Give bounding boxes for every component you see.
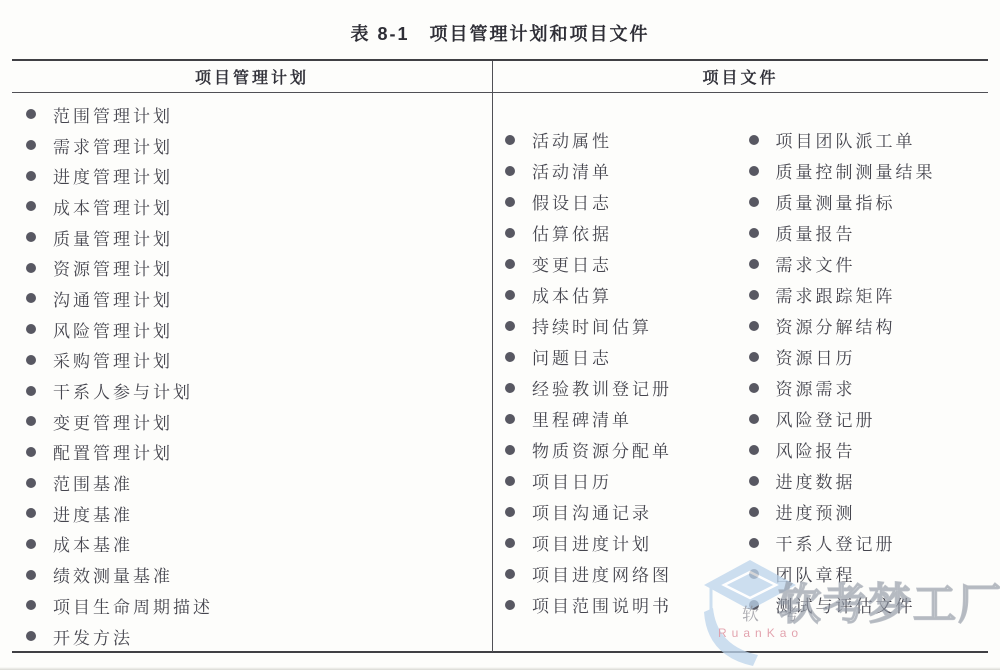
bullet-icon — [26, 201, 36, 211]
bullet-icon — [26, 109, 36, 119]
header-project-documents: 项目文件 — [493, 61, 988, 92]
list-item: 资源需求 — [741, 372, 989, 403]
item-label: 需求管理计划 — [53, 133, 173, 158]
item-label: 需求跟踪矩阵 — [776, 282, 896, 307]
bullet-icon — [505, 166, 515, 176]
bullet-icon — [505, 569, 515, 579]
list-item: 范围管理计划 — [12, 99, 492, 130]
bullet-icon — [749, 476, 759, 486]
item-label: 估算依据 — [532, 220, 612, 245]
list-item: 进度数据 — [741, 465, 989, 496]
item-label: 项目生命周期描述 — [53, 593, 213, 618]
header-project-management-plan: 项目管理计划 — [12, 61, 493, 92]
bullet-icon — [749, 414, 759, 424]
item-label: 开发方法 — [53, 624, 133, 649]
item-label: 项目日历 — [532, 468, 612, 493]
bullet-icon — [26, 570, 36, 580]
list-item: 活动属性 — [493, 124, 741, 155]
document-items-column-2: 项目团队派工单质量控制测量结果质量测量指标质量报告需求文件需求跟踪矩阵资源分解结… — [741, 124, 989, 652]
list-item: 质量报告 — [741, 217, 989, 248]
list-item: 持续时间估算 — [493, 310, 741, 341]
bullet-icon — [26, 600, 36, 610]
bullet-icon — [505, 383, 515, 393]
bullet-icon — [505, 507, 515, 517]
bullet-icon — [26, 386, 36, 396]
bullet-icon — [505, 445, 515, 455]
item-label: 项目沟通记录 — [532, 499, 652, 524]
bullet-icon — [505, 259, 515, 269]
item-label: 项目范围说明书 — [532, 592, 672, 617]
list-item: 测试与评估文件 — [741, 589, 989, 620]
item-label: 资源日历 — [776, 344, 856, 369]
plan-items-column: 范围管理计划需求管理计划进度管理计划成本管理计划质量管理计划资源管理计划沟通管理… — [12, 93, 493, 652]
item-label: 测试与评估文件 — [776, 592, 916, 617]
bullet-icon — [505, 352, 515, 362]
item-label: 活动清单 — [532, 158, 612, 183]
item-label: 质量控制测量结果 — [776, 158, 936, 183]
item-label: 需求文件 — [776, 251, 856, 276]
bullet-icon — [26, 539, 36, 549]
bullet-icon — [749, 228, 759, 238]
list-item: 需求文件 — [741, 248, 989, 279]
bullet-icon — [749, 290, 759, 300]
item-label: 质量测量指标 — [776, 189, 896, 214]
list-item: 进度管理计划 — [12, 160, 492, 191]
table-body-row: 范围管理计划需求管理计划进度管理计划成本管理计划质量管理计划资源管理计划沟通管理… — [12, 93, 988, 652]
list-item: 质量控制测量结果 — [741, 155, 989, 186]
list-item: 绩效测量基准 — [12, 559, 492, 590]
item-label: 范围基准 — [53, 470, 133, 495]
list-item: 项目沟通记录 — [493, 496, 741, 527]
item-label: 进度预测 — [776, 499, 856, 524]
list-item: 进度预测 — [741, 496, 989, 527]
list-item: 项目范围说明书 — [493, 589, 741, 620]
list-item: 项目日历 — [493, 465, 741, 496]
list-item: 配置管理计划 — [12, 437, 492, 468]
item-label: 绩效测量基准 — [53, 562, 173, 587]
item-label: 里程碑清单 — [532, 406, 632, 431]
item-label: 成本基准 — [53, 531, 133, 556]
item-label: 成本管理计划 — [53, 194, 173, 219]
list-item: 变更日志 — [493, 248, 741, 279]
item-label: 成本估算 — [532, 282, 612, 307]
item-label: 变更日志 — [532, 251, 612, 276]
list-item: 需求跟踪矩阵 — [741, 279, 989, 310]
plans-and-documents-table: 项目管理计划 项目文件 范围管理计划需求管理计划进度管理计划成本管理计划质量管理… — [12, 59, 988, 653]
bullet-icon — [505, 600, 515, 610]
item-label: 风险管理计划 — [53, 317, 173, 342]
list-item: 质量管理计划 — [12, 222, 492, 253]
bullet-icon — [26, 355, 36, 365]
list-item: 估算依据 — [493, 217, 741, 248]
bullet-icon — [505, 538, 515, 548]
bullet-icon — [26, 416, 36, 426]
list-item: 开发方法 — [12, 621, 492, 652]
item-label: 质量报告 — [776, 220, 856, 245]
list-item: 沟通管理计划 — [12, 283, 492, 314]
bullet-icon — [749, 507, 759, 517]
bullet-icon — [749, 259, 759, 269]
item-label: 项目进度网络图 — [532, 561, 672, 586]
list-item: 干系人参与计划 — [12, 375, 492, 406]
item-label: 采购管理计划 — [53, 347, 173, 372]
item-label: 质量管理计划 — [53, 225, 173, 250]
bullet-icon — [749, 321, 759, 331]
item-label: 经验教训登记册 — [532, 375, 672, 400]
scanned-document-page: 表 8-1 项目管理计划和项目文件 项目管理计划 项目文件 范围管理计划需求管理… — [0, 0, 1000, 670]
list-item: 质量测量指标 — [741, 186, 989, 217]
bullet-icon — [749, 569, 759, 579]
list-item: 项目进度网络图 — [493, 558, 741, 589]
list-item: 资源日历 — [741, 341, 989, 372]
bullet-icon — [26, 478, 36, 488]
item-label: 团队章程 — [776, 561, 856, 586]
item-label: 活动属性 — [532, 127, 612, 152]
item-label: 资源需求 — [776, 375, 856, 400]
item-label: 项目团队派工单 — [776, 127, 916, 152]
item-label: 沟通管理计划 — [53, 286, 173, 311]
item-label: 物质资源分配单 — [532, 437, 672, 462]
bullet-icon — [26, 631, 36, 641]
bullet-icon — [749, 352, 759, 362]
list-item: 风险登记册 — [741, 403, 989, 434]
bullet-icon — [26, 232, 36, 242]
bullet-icon — [26, 324, 36, 334]
list-item: 成本管理计划 — [12, 191, 492, 222]
item-label: 进度数据 — [776, 468, 856, 493]
list-item: 采购管理计划 — [12, 345, 492, 376]
bullet-icon — [505, 135, 515, 145]
bullet-icon — [749, 445, 759, 455]
list-item: 里程碑清单 — [493, 403, 741, 434]
item-label: 持续时间估算 — [532, 313, 652, 338]
list-item: 范围基准 — [12, 467, 492, 498]
table-header-row: 项目管理计划 项目文件 — [12, 61, 988, 93]
bullet-icon — [505, 414, 515, 424]
bullet-icon — [749, 135, 759, 145]
bullet-icon — [749, 166, 759, 176]
bullet-icon — [26, 263, 36, 273]
bullet-icon — [505, 321, 515, 331]
list-item: 成本基准 — [12, 529, 492, 560]
list-item: 问题日志 — [493, 341, 741, 372]
list-item: 资源管理计划 — [12, 252, 492, 283]
table-caption: 表 8-1 项目管理计划和项目文件 — [0, 20, 1000, 46]
list-item: 物质资源分配单 — [493, 434, 741, 465]
document-items-columns: 活动属性活动清单假设日志估算依据变更日志成本估算持续时间估算问题日志经验教训登记… — [493, 93, 988, 652]
list-item: 项目团队派工单 — [741, 124, 989, 155]
list-item: 项目生命周期描述 — [12, 590, 492, 621]
bullet-icon — [26, 508, 36, 518]
item-label: 进度基准 — [53, 501, 133, 526]
bullet-icon — [505, 290, 515, 300]
item-label: 风险登记册 — [776, 406, 876, 431]
list-item: 成本估算 — [493, 279, 741, 310]
bullet-icon — [749, 538, 759, 548]
list-item: 团队章程 — [741, 558, 989, 589]
list-item: 变更管理计划 — [12, 406, 492, 437]
list-item: 进度基准 — [12, 498, 492, 529]
bullet-icon — [26, 171, 36, 181]
document-items-column-1: 活动属性活动清单假设日志估算依据变更日志成本估算持续时间估算问题日志经验教训登记… — [493, 124, 741, 652]
list-item: 项目进度计划 — [493, 527, 741, 558]
bullet-icon — [749, 197, 759, 207]
bullet-icon — [26, 140, 36, 150]
list-item: 需求管理计划 — [12, 130, 492, 161]
list-item: 干系人登记册 — [741, 527, 989, 558]
item-label: 资源分解结构 — [776, 313, 896, 338]
bullet-icon — [505, 197, 515, 207]
item-label: 风险报告 — [776, 437, 856, 462]
bullet-icon — [505, 228, 515, 238]
list-item: 经验教训登记册 — [493, 372, 741, 403]
item-label: 资源管理计划 — [53, 255, 173, 280]
bullet-icon — [26, 293, 36, 303]
bullet-icon — [505, 476, 515, 486]
list-item: 风险报告 — [741, 434, 989, 465]
item-label: 干系人参与计划 — [53, 378, 193, 403]
bullet-icon — [26, 447, 36, 457]
item-label: 范围管理计划 — [53, 102, 173, 127]
list-item: 活动清单 — [493, 155, 741, 186]
item-label: 问题日志 — [532, 344, 612, 369]
list-item: 风险管理计划 — [12, 314, 492, 345]
bullet-icon — [749, 600, 759, 610]
item-label: 干系人登记册 — [776, 530, 896, 555]
item-label: 进度管理计划 — [53, 163, 173, 188]
item-label: 假设日志 — [532, 189, 612, 214]
item-label: 配置管理计划 — [53, 439, 173, 464]
list-item: 资源分解结构 — [741, 310, 989, 341]
bullet-icon — [749, 383, 759, 393]
item-label: 变更管理计划 — [53, 409, 173, 434]
list-item: 假设日志 — [493, 186, 741, 217]
item-label: 项目进度计划 — [532, 530, 652, 555]
